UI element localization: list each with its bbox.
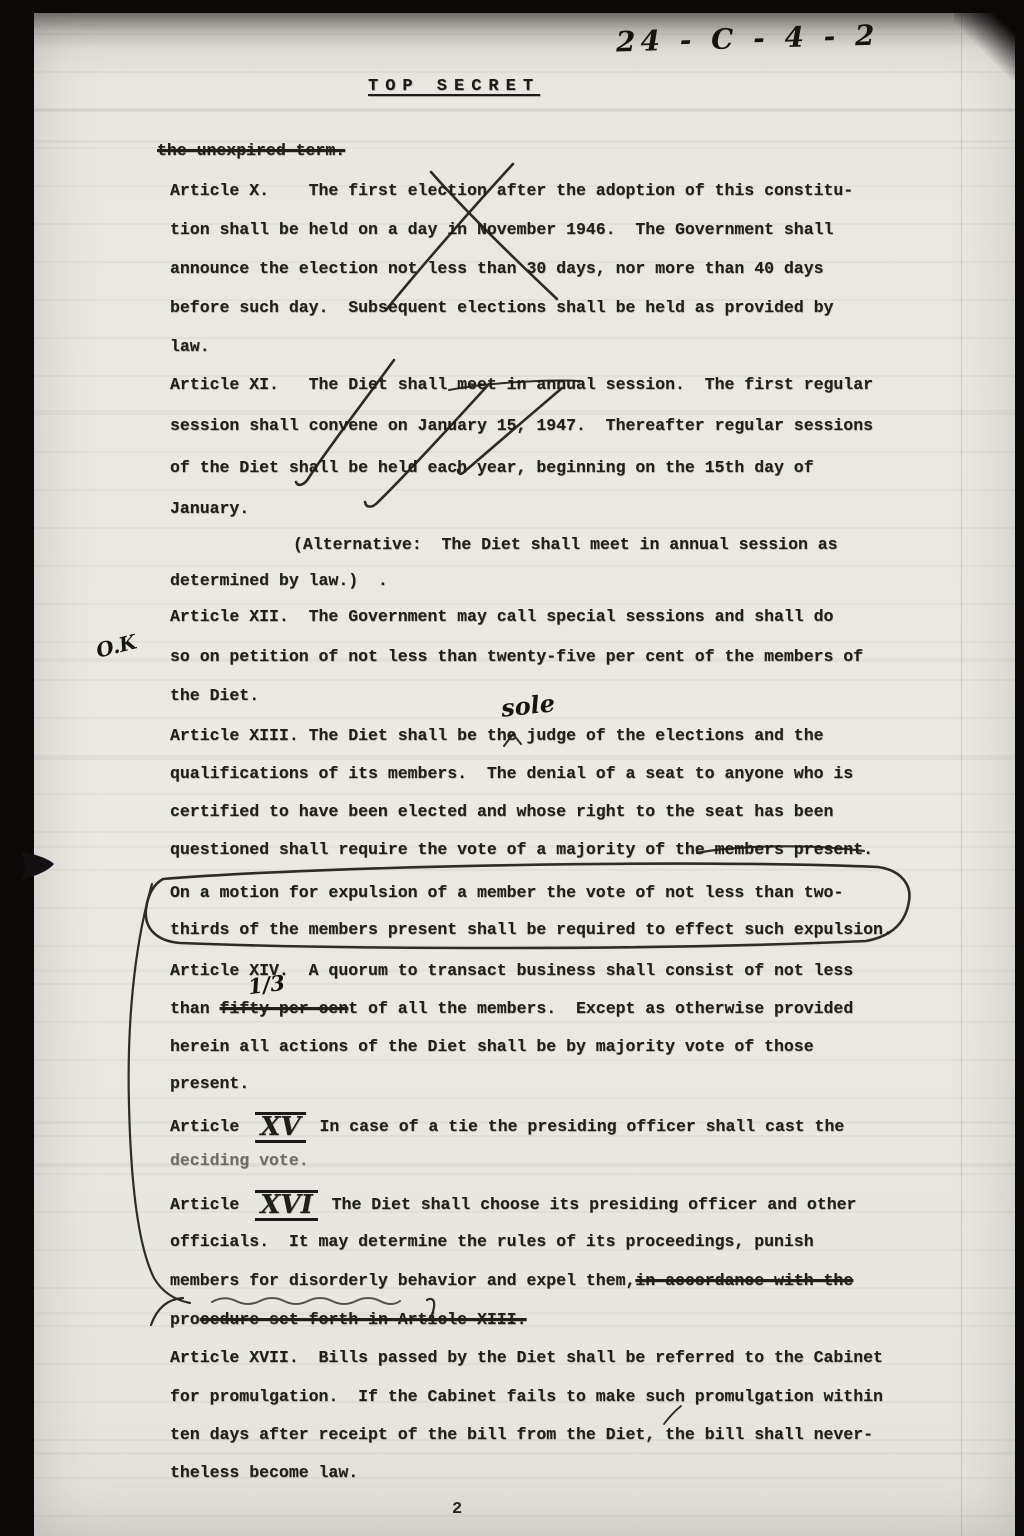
typed-line: before such day. Subsequent elections sh… [170, 297, 833, 319]
quorum-correction: 1/3 [247, 970, 287, 999]
typed-line: theless become law. [170, 1462, 358, 1484]
typed-line: so on petition of not less than twenty-f… [170, 646, 863, 668]
typed-line: announce the election not less than 30 d… [170, 258, 824, 280]
typed-line: Article XII. The Government may call spe… [170, 606, 833, 628]
typed-line: law. [170, 336, 210, 358]
classification-header: TOP SECRET [368, 76, 540, 98]
typed-line: Article XV In case of a tie the presidin… [170, 1108, 844, 1139]
typed-line: deciding vote. [170, 1150, 309, 1172]
typed-line: session shall convene on January 15, 194… [170, 415, 873, 437]
typed-line: determined by law.) . [170, 570, 388, 592]
typed-line: ten days after receipt of the bill from … [170, 1424, 873, 1446]
typed-line: Article X. The first election after the … [170, 180, 853, 202]
typed-line: herein all actions of the Diet shall be … [170, 1036, 814, 1058]
typed-line: Article XIII. The Diet shall be the judg… [170, 725, 824, 747]
typed-line: Article XI. The Diet shall meet in annua… [170, 374, 873, 396]
typed-line: Article XVII. Bills passed by the Diet s… [170, 1347, 883, 1369]
typed-line: qualifications of its members. The denia… [170, 763, 853, 785]
scan-edge-right [1015, 0, 1024, 1536]
typed-line: than fifty per cent of all the members. … [170, 998, 853, 1020]
sole-insertion: sole [500, 688, 557, 722]
typed-line: for promulgation. If the Cabinet fails t… [170, 1386, 883, 1408]
typed-line: members for disorderly behavior and expe… [170, 1270, 853, 1292]
typed-line: (Alternative: The Diet shall meet in ann… [293, 534, 838, 556]
typed-line: the Diet. [170, 685, 259, 707]
typed-line: thirds of the members present shall be r… [170, 919, 893, 941]
typed-line: present. [170, 1073, 249, 1095]
typed-line: tion shall be held on a day in November … [170, 219, 833, 241]
fold-line [961, 13, 962, 1536]
page-number: 2 [452, 1500, 462, 1520]
typed-line: certified to have been elected and whose… [170, 801, 833, 823]
scan-edge-top [0, 0, 1024, 13]
typed-line: officials. It may determine the rules of… [170, 1231, 814, 1253]
scanned-document-page: 24 - C - 4 - 2 TOP SECRET the unexpired … [0, 0, 1024, 1536]
typed-line: of the Diet shall be held each year, beg… [170, 457, 814, 479]
typed-line: Article XVI The Diet shall choose its pr… [170, 1186, 856, 1217]
typed-line: the unexpired term. [157, 140, 345, 162]
typed-line: On a motion for expulsion of a member th… [170, 882, 843, 904]
scan-corner-top-right [954, 0, 1024, 80]
scan-edge-left [0, 0, 34, 1536]
typed-line: procedure set forth in Article XIII. [170, 1309, 526, 1331]
typed-line: January. [170, 498, 249, 520]
typed-line: questioned shall require the vote of a m… [170, 839, 873, 861]
handwritten-doc-number: 24 - C - 4 - 2 [616, 19, 880, 59]
